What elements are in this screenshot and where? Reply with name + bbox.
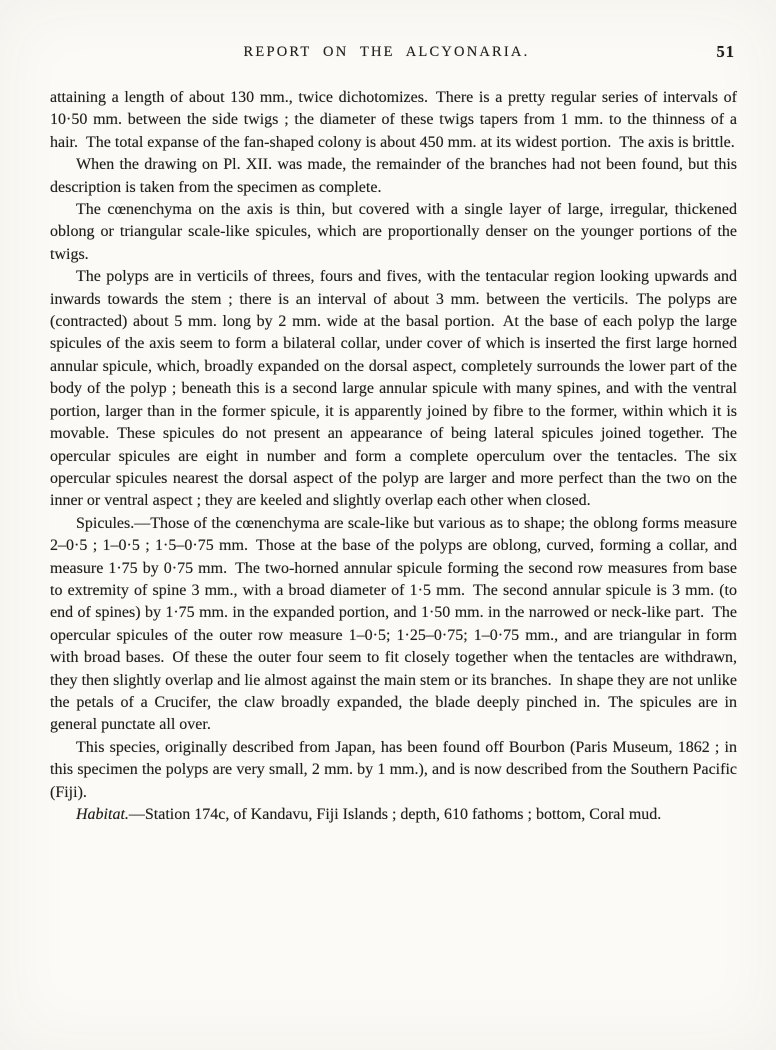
- text-run: When the drawing on Pl. XII. was made, t…: [50, 156, 737, 195]
- paragraph: This species, originally described from …: [50, 737, 737, 804]
- running-title: REPORT ON THE ALCYONARIA.: [50, 44, 723, 61]
- document-page: REPORT ON THE ALCYONARIA. 51 attaining a…: [0, 0, 776, 1050]
- paragraph: The cœnenchyma on the axis is thin, but …: [50, 199, 737, 266]
- text-run: —Station 174c, of Kandavu, Fiji Islands …: [129, 806, 661, 823]
- paragraph: The polyps are in verticils of threes, f…: [50, 266, 737, 512]
- paragraph: attaining a length of about 130 mm., twi…: [50, 87, 737, 154]
- text-run: The cœnenchyma on the axis is thin, but …: [50, 201, 737, 263]
- paragraph: Spicules.—Those of the cœnenchyma are sc…: [50, 513, 737, 737]
- page-body: attaining a length of about 130 mm., twi…: [50, 87, 737, 826]
- paragraph: Habitat.—Station 174c, of Kandavu, Fiji …: [50, 804, 737, 826]
- text-run: The polyps are in verticils of threes, f…: [50, 268, 737, 509]
- page-header: REPORT ON THE ALCYONARIA. 51: [50, 44, 737, 66]
- text-run: Habitat.: [76, 806, 129, 823]
- text-run: Spicules.—Those of the cœnenchyma are sc…: [50, 515, 737, 734]
- page-number: 51: [717, 42, 736, 62]
- text-run: attaining a length of about 130 mm., twi…: [50, 89, 737, 151]
- text-run: This species, originally described from …: [50, 739, 737, 801]
- paragraph: When the drawing on Pl. XII. was made, t…: [50, 154, 737, 199]
